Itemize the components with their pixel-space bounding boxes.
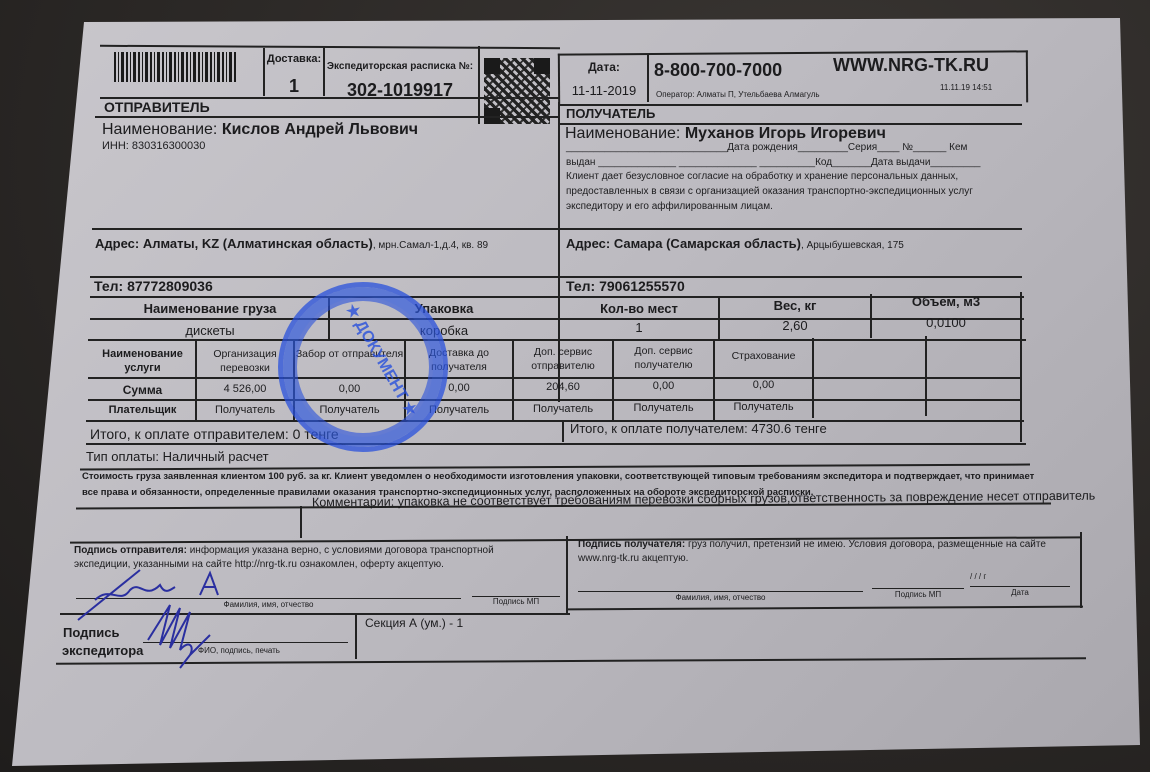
sender-phone: Тел: 87772809036 bbox=[94, 278, 213, 294]
recipient-signature-text: Подпись получателя: груз получил, претен… bbox=[578, 538, 1068, 566]
recipient-consent: Клиент дает безусловное согласие на обра… bbox=[566, 169, 1006, 214]
cargo-header-name: Наименование груза bbox=[92, 301, 328, 316]
cargo-header-volume: Объем, м3 bbox=[872, 294, 1020, 309]
barcode bbox=[114, 52, 236, 82]
recipient-name: Муханов Игорь Игоревич bbox=[685, 125, 886, 142]
sender-total: Итого, к оплате отправителем: 0 тенге bbox=[90, 426, 339, 442]
hotline-phone: 8-800-700-7000 bbox=[654, 60, 782, 81]
service-payer: Получатель bbox=[614, 402, 713, 414]
service-payer: Получатель bbox=[197, 404, 293, 416]
forwarder-label-2: экспедитора bbox=[62, 643, 143, 658]
service-row-label-name: Наименование услуги bbox=[90, 347, 195, 375]
sender-sign-label: Подпись МП bbox=[472, 597, 560, 606]
recipient-total: Итого, к оплате получателем: 4730.6 тенг… bbox=[570, 421, 827, 436]
cargo-volume: 0,0100 bbox=[872, 315, 1020, 330]
recipient-name-row: Наименование: Муханов Игорь Игоревич bbox=[565, 125, 886, 143]
service-name: Страхование bbox=[715, 350, 812, 362]
recipient-date-slots: / / / г bbox=[970, 572, 986, 581]
operator: Оператор: Алматы П, Утельбаева Алмагуль bbox=[656, 90, 820, 99]
service-row-label-sum: Сумма bbox=[90, 383, 195, 397]
cargo-header-places: Кол-во мест bbox=[560, 301, 718, 316]
service-name: Доп. сервис отправителю bbox=[514, 345, 612, 373]
recipient-address-label: Адрес: bbox=[566, 236, 610, 251]
service-sum: 204,60 bbox=[514, 381, 612, 393]
cargo-places: 1 bbox=[560, 320, 718, 335]
cargo-header-weight: Вес, кг bbox=[720, 298, 870, 313]
service-payer: Получатель bbox=[514, 403, 612, 415]
forwarder-label-1: Подпись bbox=[63, 625, 119, 640]
delivery-label: Доставка: bbox=[265, 53, 323, 65]
recipient-name-label: Наименование: bbox=[565, 125, 680, 142]
website: WWW.NRG-TK.RU bbox=[833, 55, 989, 76]
delivery-value: 1 bbox=[265, 76, 323, 97]
qr-code bbox=[484, 58, 550, 124]
cargo-weight: 2,60 bbox=[720, 318, 870, 333]
section-code: Секция А (ум.) - 1 bbox=[365, 616, 463, 630]
date-label: Дата: bbox=[560, 60, 648, 74]
sender-name-label: Наименование: bbox=[102, 121, 217, 138]
recipient-address-city: Самара (Самарская область) bbox=[614, 236, 801, 251]
print-timestamp: 11.11.19 14:51 bbox=[940, 83, 992, 92]
service-payer: Получатель bbox=[715, 401, 812, 413]
waybill-document: Доставка: 1 Экспедиторская расписка №: 3… bbox=[0, 0, 1150, 772]
sender-address-street: , мрн.Самал-1,д.4, кв. 89 bbox=[373, 240, 488, 251]
recipient-id-line-2: выдан ______________ ______________ ____… bbox=[566, 157, 980, 168]
recipient-sign-label: Подпись МП bbox=[872, 590, 964, 599]
payment-type: Тип оплаты: Наличный расчет bbox=[86, 449, 269, 464]
recipient-section-title: ПОЛУЧАТЕЛЬ bbox=[566, 106, 655, 121]
sender-address-label: Адрес: bbox=[95, 236, 139, 251]
sender-section-title: ОТПРАВИТЕЛЬ bbox=[104, 99, 210, 115]
forwarder-signature-scribble bbox=[140, 600, 230, 670]
sender-signature-title: Подпись отправителя: bbox=[74, 545, 187, 556]
sender-address-city: Алматы, KZ (Алматинская область) bbox=[143, 236, 373, 251]
service-row-label-payer: Плательщик bbox=[90, 404, 195, 416]
recipient-signature-title: Подпись получателя: bbox=[578, 539, 685, 550]
recipient-id-line-1: _____________________________Дата рожден… bbox=[566, 142, 967, 153]
recipient-date-label: Дата bbox=[970, 588, 1070, 597]
service-sum: 0,00 bbox=[614, 380, 713, 392]
recipient-address-street: , Арцыбушевская, 175 bbox=[801, 240, 904, 251]
sender-name-row: Наименование: Кислов Андрей Львович bbox=[102, 121, 418, 139]
receipt-label: Экспедиторская расписка №: bbox=[325, 61, 475, 72]
sender-name: Кислов Андрей Львович bbox=[222, 121, 418, 138]
service-sum: 4 526,00 bbox=[197, 383, 293, 395]
recipient-fio-label: Фамилия, имя, отчество bbox=[578, 593, 863, 602]
sender-inn: ИНН: 830316300030 bbox=[102, 140, 205, 152]
recipient-phone: Тел: 79061255570 bbox=[566, 278, 685, 294]
sender-address: Адрес: Алматы, KZ (Алматинская область),… bbox=[95, 236, 488, 251]
service-name: Доп. сервис получателю bbox=[614, 344, 713, 372]
service-sum: 0,00 bbox=[715, 379, 812, 391]
date-value: 11-11-2019 bbox=[560, 83, 648, 98]
recipient-address: Адрес: Самара (Самарская область), Арцыб… bbox=[566, 236, 904, 251]
